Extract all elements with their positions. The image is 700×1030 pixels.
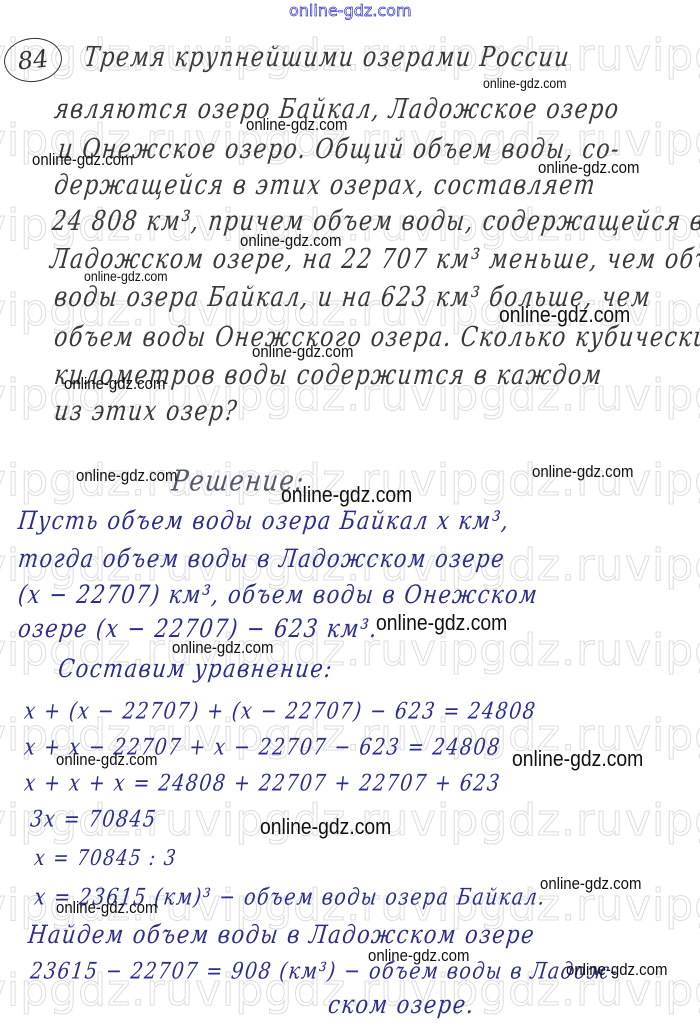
stamp-watermark: online-gdz.com [56, 898, 157, 918]
stamp-watermark: online-gdz.com [368, 946, 469, 966]
stamp-watermark: online-gdz.com [260, 814, 391, 840]
stamp-watermark: online-gdz.com [566, 960, 667, 980]
stamp-watermark: online-gdz.com [240, 231, 341, 251]
stamp-watermark: online-gdz.com [376, 610, 507, 636]
background-watermark: vipgdz.ru [625, 30, 700, 81]
solution-line: Пусть объем воды озера Байкал x км³, [17, 506, 512, 535]
solution-line: Найдем объем воды в Ладожском озере [27, 920, 537, 949]
equation-line: 3x = 70845 [29, 806, 158, 832]
background-watermark: vipgdz.ru [625, 540, 700, 591]
stamp-watermark: online-gdz.com [281, 482, 412, 508]
stamp-watermark: online-gdz.com [84, 268, 168, 284]
stamp-watermark: online-gdz.com [172, 638, 273, 658]
background-watermark: vipgdz.ru [410, 795, 624, 846]
background-watermark: vipgdz.ru [625, 625, 700, 676]
solution-line: ском озере. [327, 990, 477, 1019]
equation-line: x + x + x = 24808 + 22707 + 22707 + 623 [23, 770, 502, 796]
problem-line: 24 808 км³, причем объем воды, содержаще… [50, 206, 700, 237]
solution-line: тогда объем воды в Ладожском озере [17, 544, 507, 573]
problem-line: Тремя крупнейшими озерами России [82, 42, 571, 73]
problem-number-text: 84 [16, 44, 49, 75]
stamp-watermark: online-gdz.com [76, 466, 177, 486]
problem-line: держащейся в этих озерах, составляет [52, 170, 597, 201]
solution-line: (x − 22707) км³, объем воды в Онежском [17, 580, 540, 609]
stamp-watermark: online-gdz.com [56, 750, 157, 770]
answer-line: 23615 − 22707 = 908 (км³) − объем воды в… [29, 958, 620, 984]
homework-page: vipgdz.ruvipgdz.ruvipgdz.ruvipgdz.ruvipg… [0, 0, 700, 1030]
stamp-watermark: online-gdz.com [246, 115, 347, 135]
stamp-watermark: online-gdz.com [538, 158, 639, 178]
stamp-watermark: online-gdz.com [499, 302, 630, 328]
equation-line: x = 70845 : 3 [33, 846, 178, 871]
stamp-watermark: online-gdz.com [512, 746, 643, 772]
stamp-watermark: online-gdz.com [532, 462, 633, 482]
solution-line: Составим уравнение: [57, 654, 335, 683]
background-watermark: vipgdz.ru [625, 370, 700, 421]
stamp-watermark: online-gdz.com [64, 374, 165, 394]
problem-line: из этих озер? [52, 396, 239, 427]
background-watermark: vipgdz.ru [625, 795, 700, 846]
equation-line: x + (x − 22707) + (x − 22707) − 623 = 24… [23, 698, 538, 724]
top-watermark: online-gdz.com [289, 1, 412, 20]
stamp-watermark: online-gdz.com [252, 342, 353, 362]
stamp-watermark: online-gdz.com [32, 150, 133, 170]
stamp-watermark: online-gdz.com [540, 874, 641, 894]
stamp-watermark: online-gdz.com [483, 75, 567, 91]
background-watermark: vipgdz.ru [625, 455, 700, 506]
